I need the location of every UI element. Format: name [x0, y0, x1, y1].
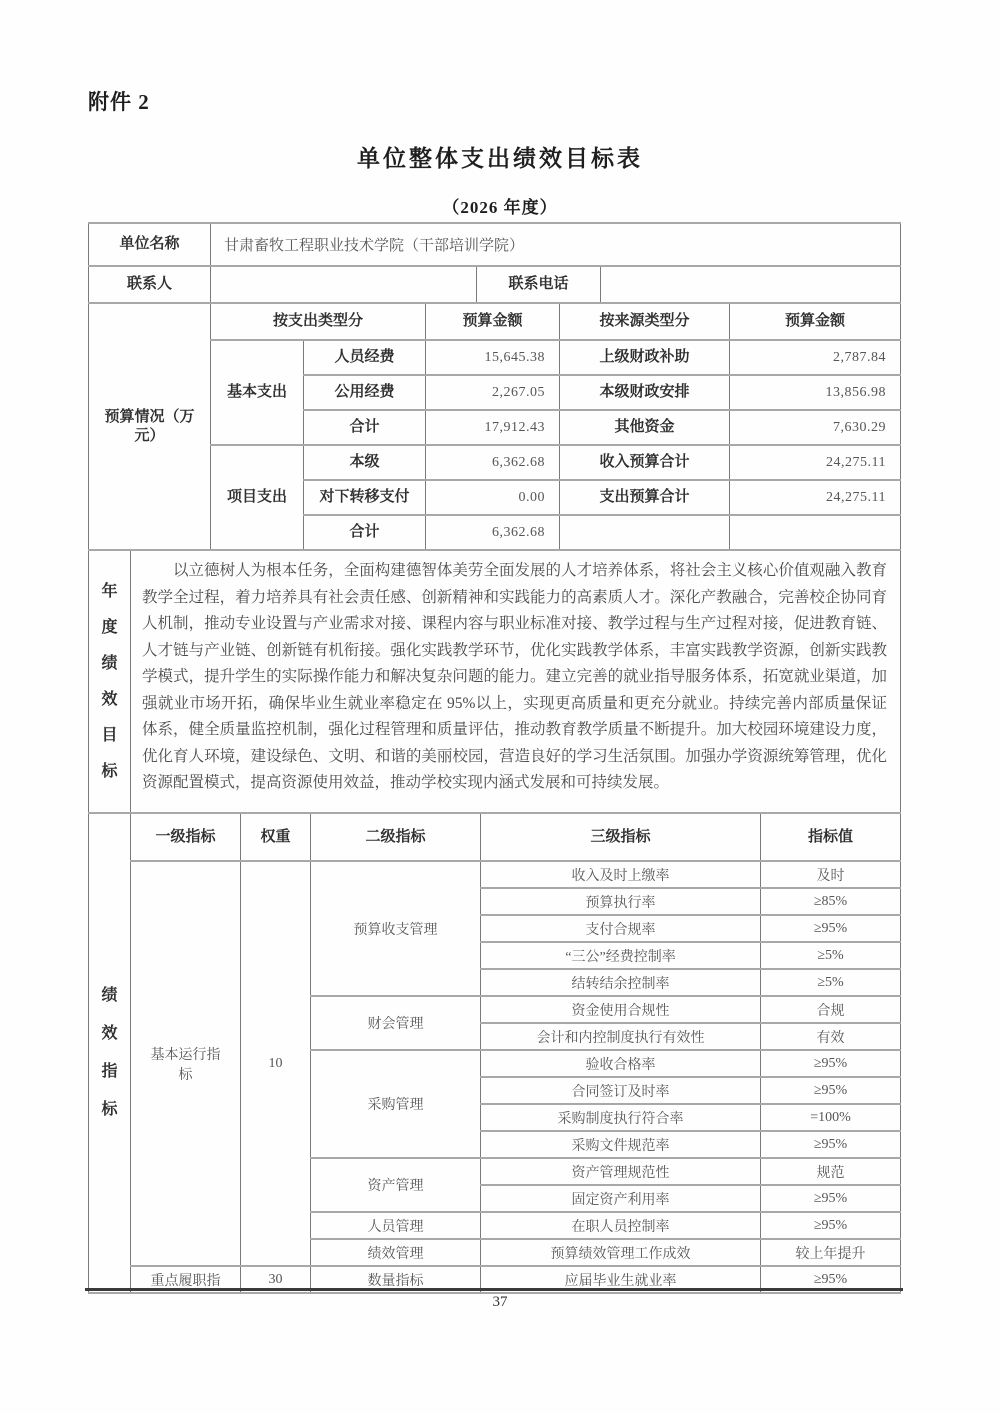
indicator-value: ≥95% — [761, 915, 901, 942]
expense-amount: 15,645.38 — [426, 340, 560, 375]
budget-row: 项目支出 本级 6,362.68 收入预算合计 24,275.11 — [89, 445, 901, 480]
annual-goal-text: 以立德树人为根本任务，全面构建德智体美劳全面发展的人才培养体系，将社会主义核心价… — [131, 550, 901, 813]
phone-value — [601, 266, 901, 303]
level2-procurement-mgmt: 采购管理 — [311, 1050, 481, 1158]
annual-goal-section: 年度绩效目标 以立德树人为根本任务，全面构建德智体美劳全面发展的人才培养体系，将… — [88, 549, 901, 814]
indicator-value: ≥5% — [761, 969, 901, 996]
level2-budget-mgmt: 预算收支管理 — [311, 861, 481, 996]
phone-label: 联系电话 — [477, 266, 601, 303]
level1-basic-operation: 基本运行指标 — [131, 861, 241, 1266]
indicator-value: 有效 — [761, 1023, 901, 1050]
level2-finance-mgmt: 财会管理 — [311, 996, 481, 1050]
weight-header: 权重 — [241, 813, 311, 861]
project-expense-group: 项目支出 — [211, 445, 304, 550]
level3-indicator: 收入及时上缴率 — [481, 861, 761, 888]
source-item: 支出预算合计 — [560, 480, 730, 515]
by-source-header: 按来源类型分 — [560, 303, 730, 340]
expense-amount: 2,267.05 — [426, 375, 560, 410]
source-amount: 13,856.98 — [730, 375, 901, 410]
indicator-value: 及时 — [761, 861, 901, 888]
source-item: 收入预算合计 — [560, 445, 730, 480]
unit-name-row: 单位名称 甘肃畜牧工程职业技术学院（干部培训学院） — [89, 223, 901, 266]
tables-container: 单位名称 甘肃畜牧工程职业技术学院（干部培训学院） 联系人 联系电话 预算情况（… — [88, 222, 900, 1294]
level3-indicator: 固定资产利用率 — [481, 1185, 761, 1212]
expense-item: 公用经费 — [304, 375, 426, 410]
level2-asset-mgmt: 资产管理 — [311, 1158, 481, 1212]
level2-performance-mgmt: 绩效管理 — [311, 1239, 481, 1266]
page-number: 37 — [0, 1294, 1000, 1311]
level3-indicator: “三公”经费控制率 — [481, 942, 761, 969]
expense-amount: 6,362.68 — [426, 515, 560, 550]
page-cut-rule — [85, 1288, 903, 1291]
indicator-row: 基本运行指标 10 预算收支管理 收入及时上缴率 及时 — [89, 861, 901, 888]
level2-personnel-mgmt: 人员管理 — [311, 1212, 481, 1239]
indicators-side-text: 绩效指标 — [101, 977, 119, 1129]
source-item: 上级财政补助 — [560, 340, 730, 375]
level3-indicator: 采购文件规范率 — [481, 1131, 761, 1158]
annual-goal-row: 年度绩效目标 以立德树人为根本任务，全面构建德智体美劳全面发展的人才培养体系，将… — [89, 550, 901, 813]
indicators-table: 绩效指标 一级指标 权重 二级指标 三级指标 指标值 基本运行指标 10 预算收… — [88, 812, 901, 1294]
level3-indicator: 资金使用合规性 — [481, 996, 761, 1023]
level3-indicator: 资产管理规范性 — [481, 1158, 761, 1185]
indicator-value: ≥85% — [761, 888, 901, 915]
contact-row: 联系人 联系电话 — [89, 266, 901, 303]
indicator-value: ≥95% — [761, 1212, 901, 1239]
contact-value — [211, 266, 477, 303]
expense-item: 人员经费 — [304, 340, 426, 375]
amount-header-1: 预算金额 — [426, 303, 560, 340]
level3-indicator: 会计和内控制度执行有效性 — [481, 1023, 761, 1050]
attachment-label: 附件 2 — [88, 86, 150, 116]
annual-goal-side-label: 年度绩效目标 — [89, 550, 131, 813]
level3-indicator: 结转结余控制率 — [481, 969, 761, 996]
level3-indicator: 验收合格率 — [481, 1050, 761, 1077]
budget-header-row: 预算情况（万元） 按支出类型分 预算金额 按来源类型分 预算金额 — [89, 303, 901, 340]
level3-indicator: 合同签订及时率 — [481, 1077, 761, 1104]
budget-row: 基本支出 人员经费 15,645.38 上级财政补助 2,787.84 — [89, 340, 901, 375]
level1-header: 一级指标 — [131, 813, 241, 861]
indicator-value: ≥5% — [761, 942, 901, 969]
amount-header-2: 预算金额 — [730, 303, 901, 340]
indicator-value: 较上年提升 — [761, 1239, 901, 1266]
level3-indicator: 支付合规率 — [481, 915, 761, 942]
info-table: 单位名称 甘肃畜牧工程职业技术学院（干部培训学院） 联系人 联系电话 — [88, 222, 901, 304]
annual-goal-side-text: 年度绩效目标 — [101, 574, 119, 790]
indicator-value: ≥95% — [761, 1131, 901, 1158]
expense-amount: 17,912.43 — [426, 410, 560, 445]
level2-header: 二级指标 — [311, 813, 481, 861]
by-expense-header: 按支出类型分 — [211, 303, 426, 340]
source-item: 本级财政安排 — [560, 375, 730, 410]
value-header: 指标值 — [761, 813, 901, 861]
document-page: 附件 2 单位整体支出绩效目标表 （2026 年度） 单位名称 甘肃畜牧工程职业… — [0, 0, 1000, 1414]
expense-item: 本级 — [304, 445, 426, 480]
expense-item: 合计 — [304, 410, 426, 445]
level3-indicator: 在职人员控制率 — [481, 1212, 761, 1239]
level3-indicator: 采购制度执行符合率 — [481, 1104, 761, 1131]
indicator-value: ≥95% — [761, 1185, 901, 1212]
expense-item: 对下转移支付 — [304, 480, 426, 515]
source-amount — [730, 515, 901, 550]
indicator-value: 合规 — [761, 996, 901, 1023]
source-amount: 7,630.29 — [730, 410, 901, 445]
level3-indicator: 预算执行率 — [481, 888, 761, 915]
level3-indicator: 预算绩效管理工作成效 — [481, 1239, 761, 1266]
unit-name-value: 甘肃畜牧工程职业技术学院（干部培训学院） — [211, 223, 901, 266]
source-amount: 24,275.11 — [730, 480, 901, 515]
basic-expense-group: 基本支出 — [211, 340, 304, 445]
document-subtitle: （2026 年度） — [0, 193, 1000, 218]
source-item: 其他资金 — [560, 410, 730, 445]
expense-amount: 0.00 — [426, 480, 560, 515]
weight-basic: 10 — [241, 861, 311, 1266]
source-item — [560, 515, 730, 550]
source-amount: 24,275.11 — [730, 445, 901, 480]
level3-header: 三级指标 — [481, 813, 761, 861]
indicator-value: 规范 — [761, 1158, 901, 1185]
contact-label: 联系人 — [89, 266, 211, 303]
indicator-value: ≥95% — [761, 1050, 901, 1077]
indicators-side-label: 绩效指标 — [89, 813, 131, 1293]
budget-table: 预算情况（万元） 按支出类型分 预算金额 按来源类型分 预算金额 基本支出 人员… — [88, 302, 901, 551]
expense-item: 合计 — [304, 515, 426, 550]
expense-amount: 6,362.68 — [426, 445, 560, 480]
source-amount: 2,787.84 — [730, 340, 901, 375]
budget-section-label: 预算情况（万元） — [89, 303, 211, 550]
document-title: 单位整体支出绩效目标表 — [0, 140, 1000, 173]
indicator-value: =100% — [761, 1104, 901, 1131]
indicator-value: ≥95% — [761, 1077, 901, 1104]
indicators-header-row: 绩效指标 一级指标 权重 二级指标 三级指标 指标值 — [89, 813, 901, 861]
unit-name-label: 单位名称 — [89, 223, 211, 266]
